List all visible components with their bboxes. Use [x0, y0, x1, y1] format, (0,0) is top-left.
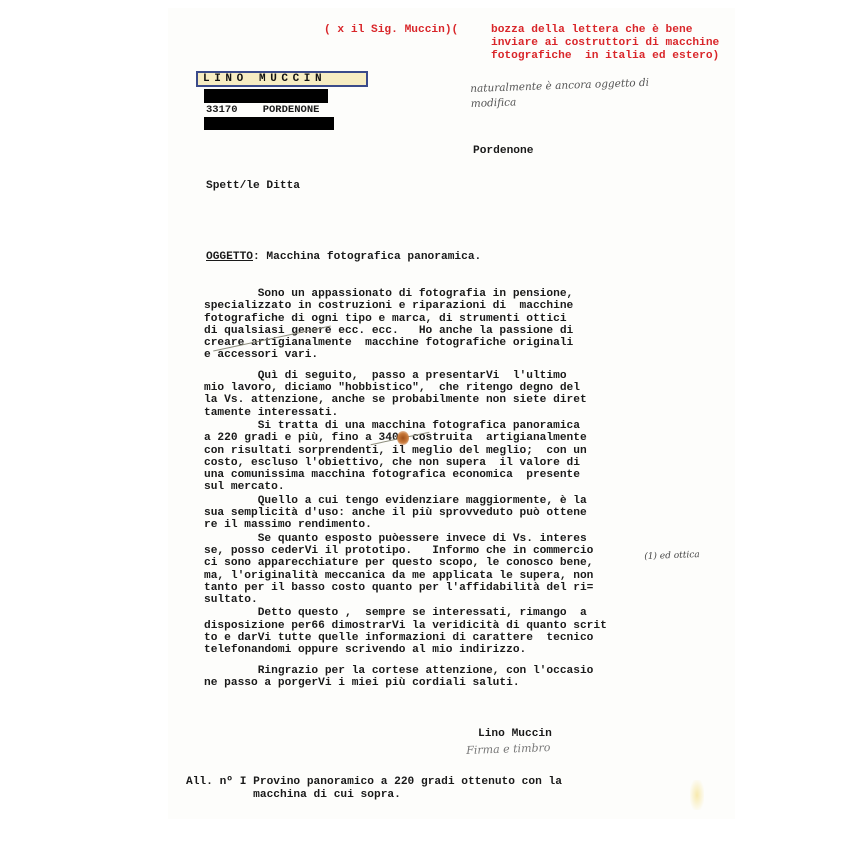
red-annotation-line: fotografiche in italia ed estero): [491, 50, 719, 62]
body-line: e accessori vari.: [204, 349, 318, 361]
signature-handwritten: Firma e timbro: [466, 740, 551, 758]
margin-handwritten-note: (1) ed ottica: [644, 548, 700, 565]
handwritten-note-line: naturalmente è ancora oggetto di: [470, 77, 649, 95]
subject-line: OGGETTO: Macchina fotografica panoramica…: [206, 251, 481, 263]
body-line: mio lavoro, diciamo "hobbistico", che ri…: [204, 382, 580, 394]
body-line: Quello a cui tengo evidenziare maggiorme…: [204, 495, 587, 507]
body-line: creare artigianalmente macchine fotograf…: [204, 337, 573, 349]
red-annotation: ( x il Sig. Muccin)(bozza della lettera …: [324, 24, 458, 37]
paragraph: Ringrazio per la cortese attenzione, con…: [204, 665, 724, 690]
subject-text: : Macchina fotografica panoramica.: [253, 251, 481, 263]
attachment-line: All. nº I Provino panoramico a 220 gradi…: [186, 776, 562, 788]
body-line: disposizione per66 dimostrarVi la veridi…: [204, 620, 607, 632]
body-line: costo, escluso l'obiettivo, che non supe…: [204, 457, 580, 469]
letter-body: Sono un appassionato di fotografia in pe…: [204, 288, 724, 689]
body-line: di qualsiasi genere ecc. ecc. Ho anche l…: [204, 325, 573, 337]
body-line: Sono un appassionato di fotografia in pe…: [204, 288, 573, 300]
body-line: ci sono apparecchiature per questo scopo…: [204, 557, 593, 569]
handwritten-note: naturalmente è ancora oggetto di modific…: [470, 76, 650, 112]
red-annotation-lines: bozza della lettera che è bene inviare a…: [491, 24, 719, 63]
paragraph: Quì di seguito, passo a presentarVi l'ul…: [204, 370, 724, 419]
paragraph: Si tratta di una macchina fotografica pa…: [204, 420, 724, 494]
body-line: tamente interessati.: [204, 407, 338, 419]
body-line: to e darVi tutte quelle informazioni di …: [204, 632, 593, 644]
paragraph: Sono un appassionato di fotografia in pe…: [204, 288, 724, 362]
body-line: sua semplicità d'uso: anche il più sprov…: [204, 507, 587, 519]
attachment-line: macchina di cui sopra.: [186, 789, 401, 801]
body-line: Ringrazio per la cortese attenzione, con…: [204, 665, 593, 677]
subject-label: OGGETTO: [206, 251, 253, 263]
attachment-note: All. nº I Provino panoramico a 220 gradi…: [186, 776, 562, 801]
body-line: sultato.: [204, 594, 258, 606]
body-line: Quì di seguito, passo a presentarVi l'ul…: [204, 370, 567, 382]
body-line: ne passo a porgerVi i miei più cordiali …: [204, 677, 520, 689]
letter-page: ( x il Sig. Muccin)(bozza della lettera …: [168, 8, 735, 819]
body-line: fotografiche di ogni tipo e marca, di st…: [204, 313, 567, 325]
body-line: una comunissima macchina fotografica eco…: [204, 469, 580, 481]
body-line: se, posso cederVi il prototipo. Informo …: [204, 545, 593, 557]
body-line: Se quanto esposto puòessere invece di Vs…: [204, 533, 587, 545]
redacted-phone-line: [204, 117, 334, 130]
body-line: telefonandomi oppure scrivendo al mio in…: [204, 644, 526, 656]
sender-name-label: LINO MUCCIN: [196, 71, 368, 87]
body-line: ma, l'originalità meccanica da me applic…: [204, 570, 593, 582]
paragraph: Se quanto esposto puòessere invece di Vs…: [204, 533, 724, 607]
red-annotation-line: bozza della lettera che è bene: [491, 24, 692, 36]
body-line: con risultati sorprendenti, il meglio de…: [204, 445, 587, 457]
paragraph: Detto questo , sempre se interessati, ri…: [204, 607, 724, 656]
body-line: Detto questo , sempre se interessati, ri…: [204, 607, 587, 619]
recipient-line: Spett/le Ditta: [206, 180, 300, 192]
redacted-address-line: [204, 89, 328, 103]
red-annotation-line: inviare ai costruttori di macchine: [491, 37, 719, 49]
paper-stain: [690, 780, 704, 810]
body-line: tanto per il basso costo quanto per l'af…: [204, 582, 593, 594]
body-line: re il massimo rendimento.: [204, 519, 372, 531]
handwritten-note-line: modifica: [471, 96, 517, 110]
signature-typed-name: Lino Muccin: [478, 728, 552, 740]
body-line: specializzato in costruzioni e riparazio…: [204, 300, 573, 312]
body-line: Si tratta di una macchina fotografica pa…: [204, 420, 580, 432]
body-line: sul mercato.: [204, 481, 285, 493]
red-annotation-recipient: ( x il Sig. Muccin)(: [324, 24, 458, 36]
sender-city: 33170 PORDENONE: [206, 104, 319, 116]
place-line: Pordenone: [473, 145, 533, 157]
paragraph: Quello a cui tengo evidenziare maggiorme…: [204, 495, 724, 532]
ink-stain: [397, 431, 409, 445]
body-line: la Vs. attenzione, anche se probabilment…: [204, 394, 587, 406]
